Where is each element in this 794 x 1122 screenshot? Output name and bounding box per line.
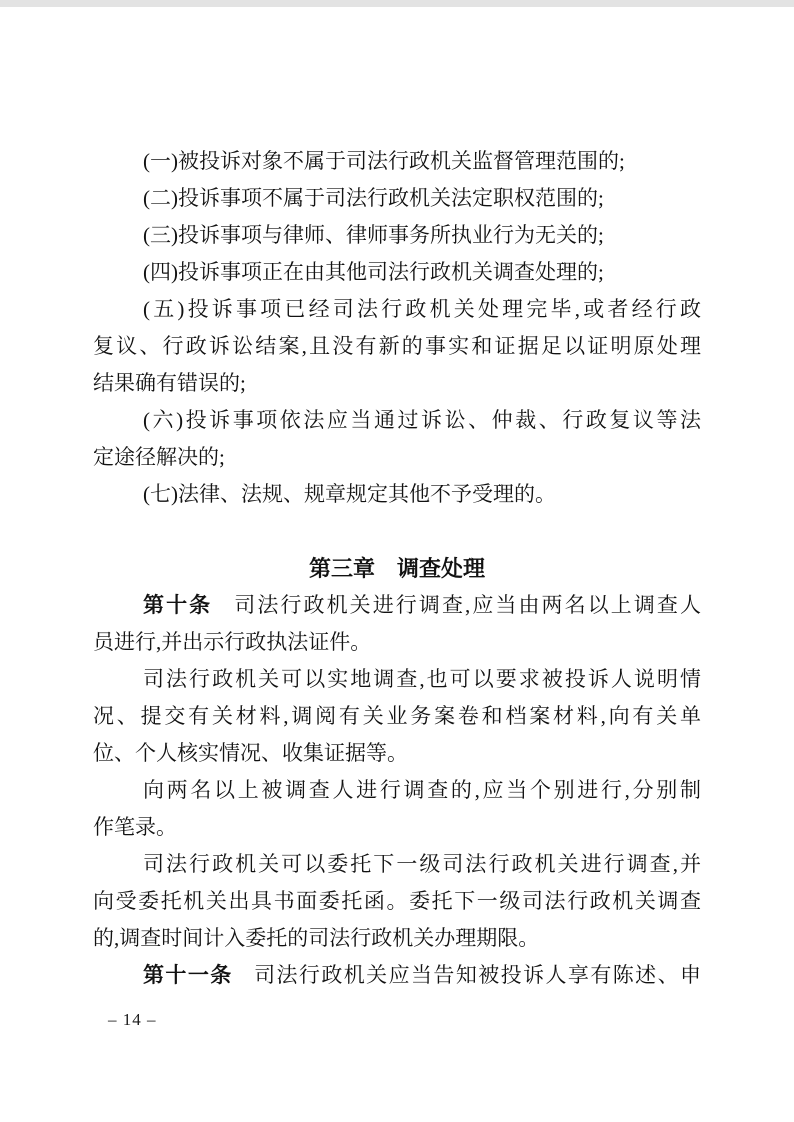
text-line: 位、个人核实情况、收集证据等。 [93,735,701,772]
text-line: 第十一条司法行政机关应当告知被投诉人享有陈述、申 [93,957,701,994]
text-line: 员进行,并出示行政执法证件。 [93,624,701,661]
text-line: (四)投诉事项正在由其他司法行政机关调查处理的; [93,254,701,291]
text-line: 复议、行政诉讼结案,且没有新的事实和证据足以证明原处理 [93,328,701,365]
article-text: 司法行政机关应当告知被投诉人享有陈述、申 [253,963,701,987]
blank-line [93,513,701,550]
page-number: – 14 – [108,1010,157,1030]
text-line: (三)投诉事项与律师、律师事务所执业行为无关的; [93,217,701,254]
page-top-edge [0,0,794,7]
text-line: 的,调查时间计入委托的司法行政机关办理期限。 [93,920,701,957]
text-line: (七)法律、法规、规章规定其他不予受理的。 [93,476,701,513]
text-line: 司法行政机关可以委托下一级司法行政机关进行调查,并 [93,846,701,883]
document-page: (一)被投诉对象不属于司法行政机关监督管理范围的; (二)投诉事项不属于司法行政… [0,0,794,1122]
chapter-number: 第三章 [309,556,375,581]
text-line: 作笔录。 [93,809,701,846]
text-line: 结果确有错误的; [93,365,701,402]
chapter-heading: 第三章调查处理 [93,550,701,587]
text-line: 第十条司法行政机关进行调查,应当由两名以上调查人 [93,587,701,624]
document-body: (一)被投诉对象不属于司法行政机关监督管理范围的; (二)投诉事项不属于司法行政… [93,143,701,994]
text-line: 司法行政机关可以实地调查,也可以要求被投诉人说明情 [93,661,701,698]
text-line: (一)被投诉对象不属于司法行政机关监督管理范围的; [93,143,701,180]
text-line: (二)投诉事项不属于司法行政机关法定职权范围的; [93,180,701,217]
article-text: 司法行政机关进行调查,应当由两名以上调查人 [232,593,701,617]
text-line: 定途径解决的; [93,439,701,476]
text-line: (六)投诉事项依法应当通过诉讼、仲裁、行政复议等法 [93,402,701,439]
chapter-title: 调查处理 [397,556,485,581]
text-line: 向两名以上被调查人进行调查的,应当个别进行,分别制 [93,772,701,809]
text-line: (五)投诉事项已经司法行政机关处理完毕,或者经行政 [93,291,701,328]
article-number: 第十一条 [143,963,233,987]
text-line: 况、提交有关材料,调阅有关业务案卷和档案材料,向有关单 [93,698,701,735]
text-line: 向受委托机关出具书面委托函。委托下一级司法行政机关调查 [93,883,701,920]
article-number: 第十条 [143,593,212,617]
